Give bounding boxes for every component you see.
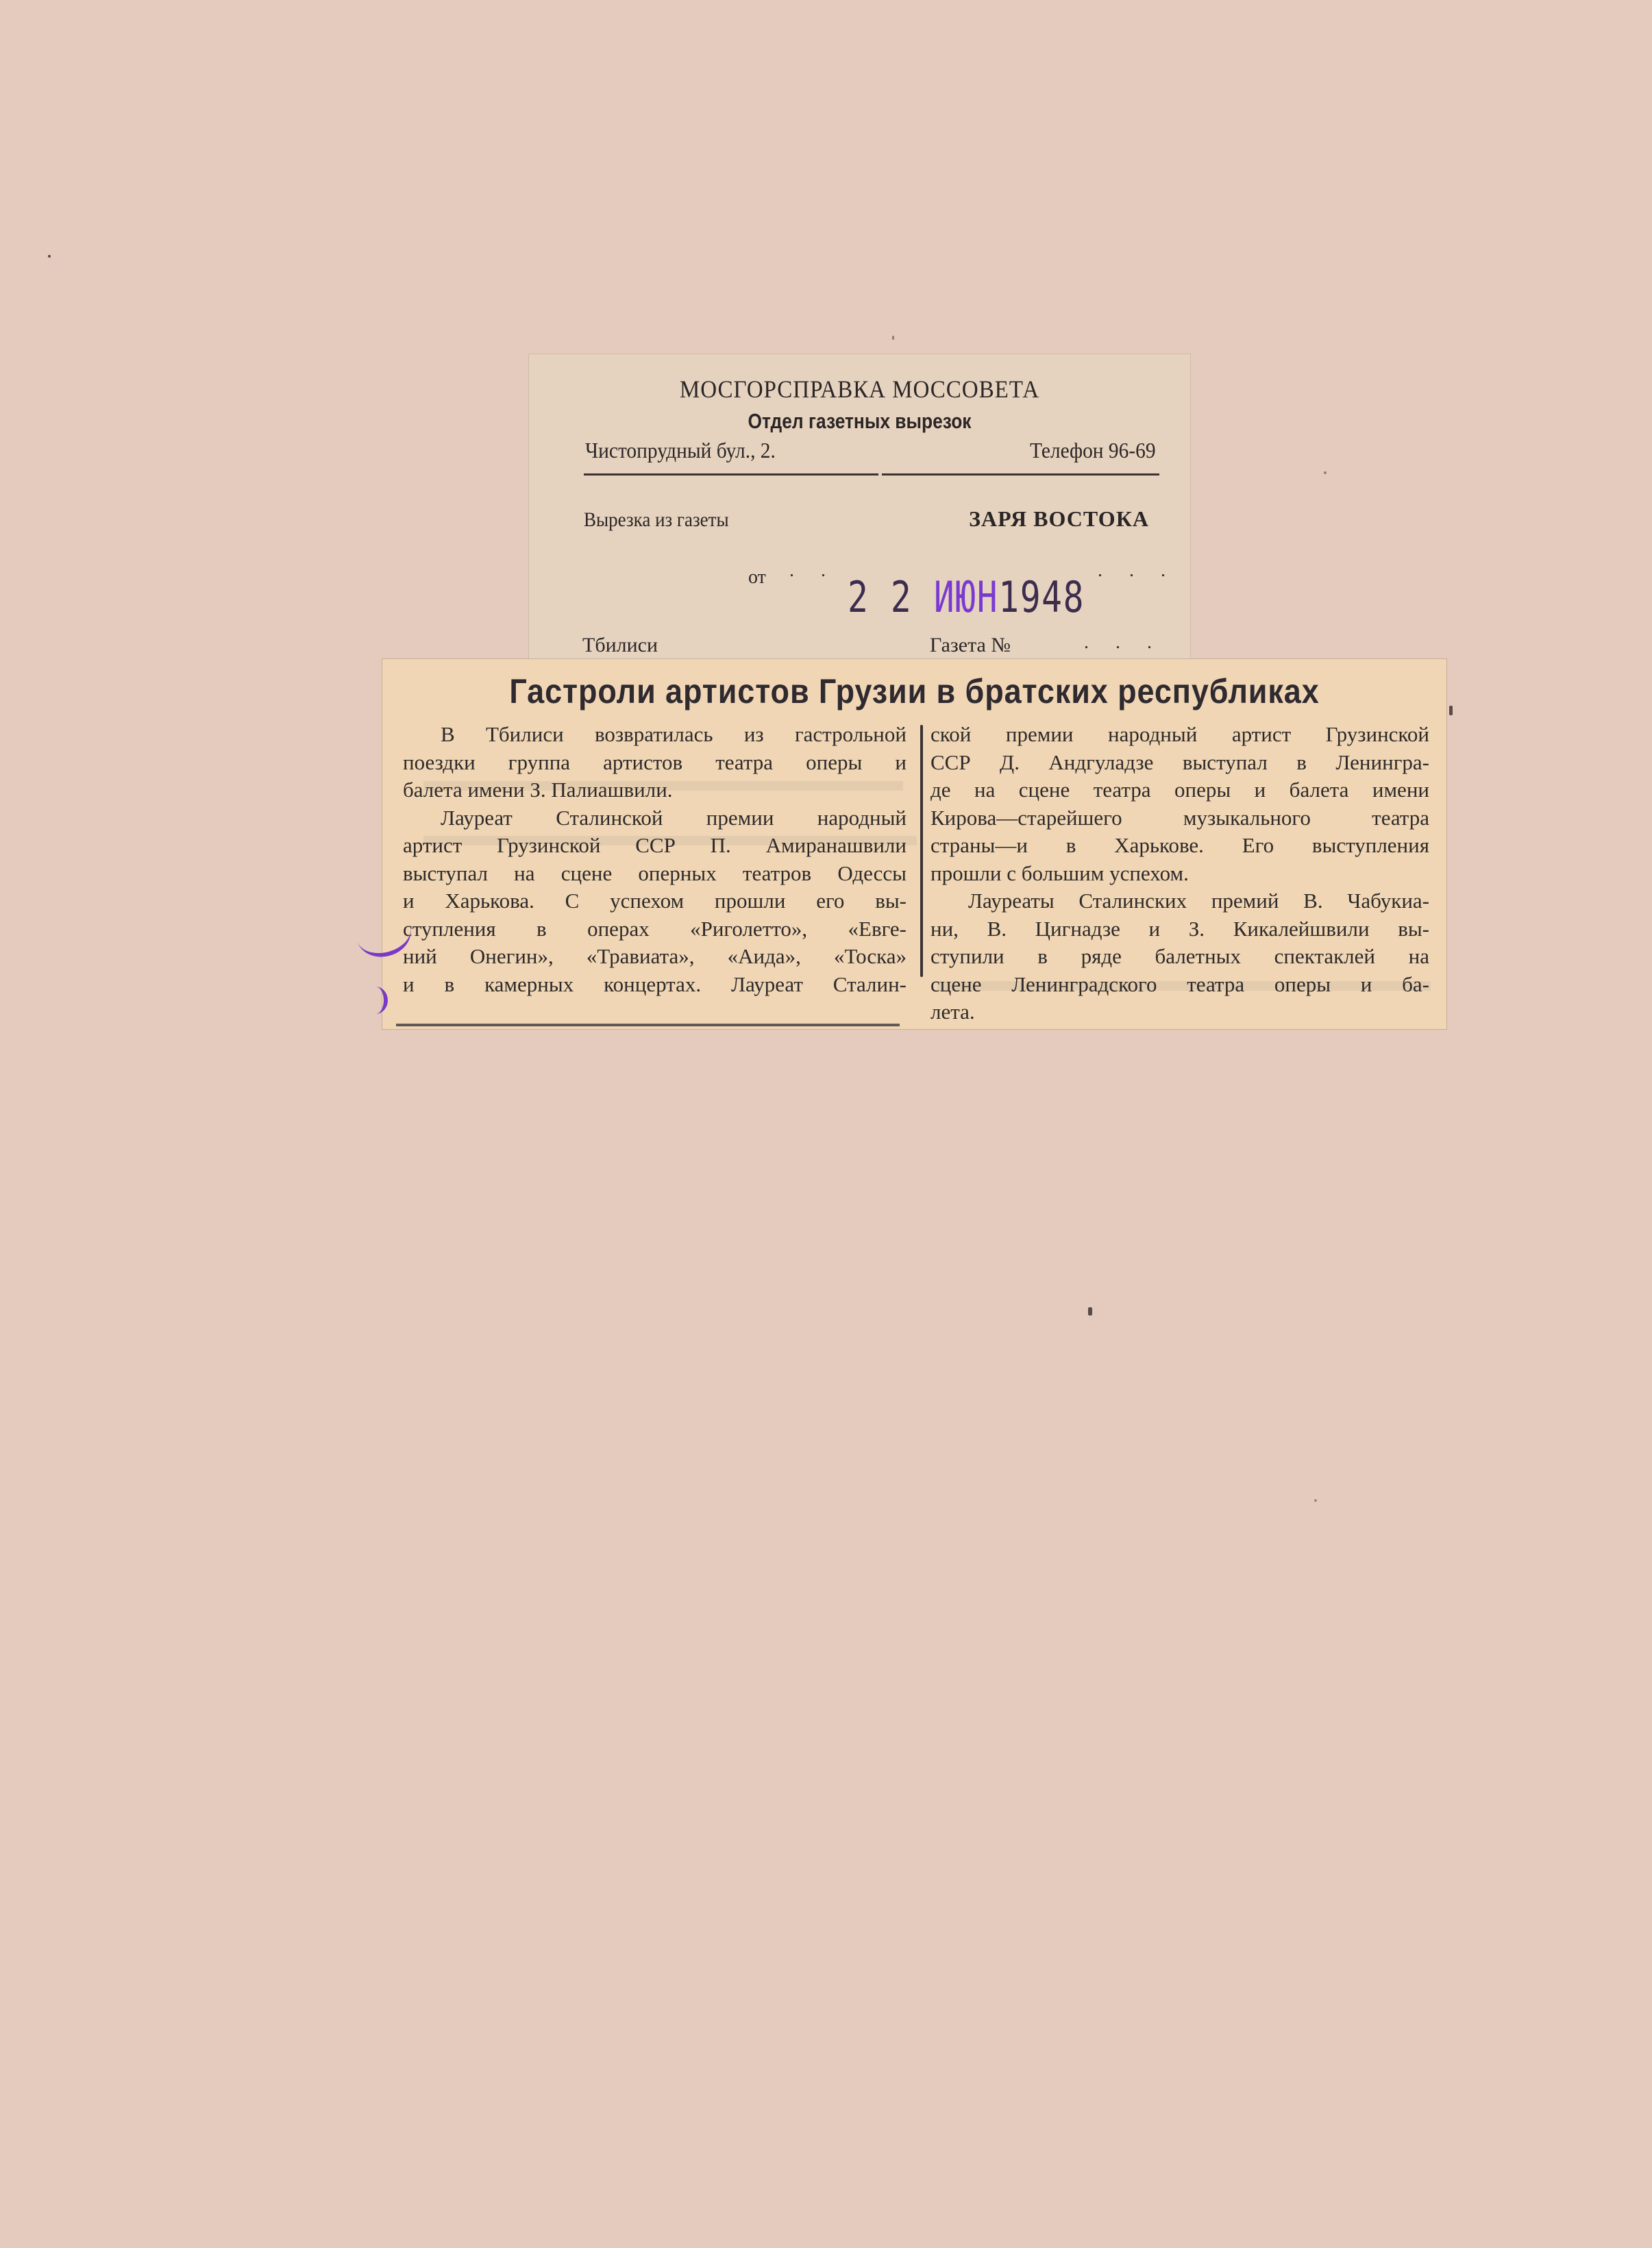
department-name: Отдел газетных вырезок <box>578 409 1140 434</box>
column-divider <box>920 725 923 977</box>
article-column-right: ской премии народный артист ГрузинскойСС… <box>930 721 1429 1026</box>
article-line: прошли с большим успехом. <box>930 860 1429 888</box>
article-line: Лауреат Сталинской премии народный <box>403 804 907 832</box>
article-line: ни, В. Цигнадзе и З. Кикалейшвили вы- <box>930 915 1429 943</box>
paper-speck <box>1324 471 1327 474</box>
organization-name: МОСГОРСПРАВКА МОССОВЕТА <box>556 375 1164 404</box>
date-stamp-year: 1948 <box>998 572 1085 622</box>
article-line: поездки группа артистов театра оперы и <box>403 749 907 777</box>
city: Тбилиси <box>582 634 658 657</box>
article-line: балета имени З. Палиашвили. <box>403 776 907 804</box>
article-line: выступал на сцене оперных театров Одессы <box>403 860 907 888</box>
article-line: ской премии народный артист Грузинской <box>930 721 1429 749</box>
article-line: ССР Д. Андгуладзе выступал в Ленингра- <box>930 749 1429 777</box>
date-dots-right: . . . <box>1098 560 1176 582</box>
article-line: и в камерных концертах. Лауреат Сталин- <box>403 971 907 999</box>
date-label: от <box>748 567 766 589</box>
article-line: ступления в операх «Риголетто», «Евге- <box>403 915 907 943</box>
article-line: Лауреаты Сталинских премий В. Чабукиа- <box>930 887 1429 915</box>
address: Чистопрудный бул., 2. <box>585 438 776 463</box>
paper-speck <box>1088 1307 1092 1316</box>
phone-number: Телефон 96-69 <box>1030 438 1156 463</box>
issue-number-label: Газета № <box>930 634 1011 657</box>
newspaper-article-clipping: Гастроли артистов Грузии в братских респ… <box>382 659 1446 1029</box>
header-rule-left <box>584 473 878 475</box>
clipping-service-header-slip: МОСГОРСПРАВКА МОССОВЕТА Отдел газетных в… <box>529 354 1190 663</box>
article-line: ний Онегин», «Травиата», «Аида», «Тоска» <box>403 943 907 971</box>
paper-speck <box>48 255 51 258</box>
date-stamp-day: 2 2 <box>848 572 912 622</box>
bottom-rule <box>396 1024 900 1026</box>
article-line: лета. <box>930 998 1429 1026</box>
paper-speck <box>892 336 894 340</box>
article-line: В Тбилиси возвратилась из гастрольной <box>403 721 907 749</box>
clip-from-label: Вырезка из газеты <box>584 508 729 532</box>
date-stamp-month: ИЮН <box>934 572 998 622</box>
newspaper-name: ЗАРЯ ВОСТОКА <box>969 506 1149 532</box>
article-line: страны—и в Харькове. Его выступления <box>930 832 1429 860</box>
article-line: Кирова—старейшего музыкального театра <box>930 804 1429 832</box>
article-line: сцене Ленинградского театра оперы и ба- <box>930 971 1429 999</box>
paper-speck <box>1449 706 1453 715</box>
paper-speck <box>1314 1499 1317 1502</box>
article-column-left: В Тбилиси возвратилась из гастрольнойпое… <box>403 721 907 998</box>
article-line: де на сцене театра оперы и балета имени <box>930 776 1429 804</box>
article-line: ступили в ряде балетных спектаклей на <box>930 943 1429 971</box>
pencil-annotation-mark <box>363 987 388 1014</box>
header-rule-right <box>882 473 1159 475</box>
article-headline: Гастроли артистов Грузии в братских респ… <box>436 671 1394 711</box>
date-dots-left: . . <box>789 560 837 582</box>
article-line: артист Грузинской ССР П. Амиранашвили <box>403 832 907 860</box>
date-stamp: 2 2 ИЮН1948 <box>848 572 1085 622</box>
article-line: и Харькова. С успехом прошли его вы- <box>403 887 907 915</box>
